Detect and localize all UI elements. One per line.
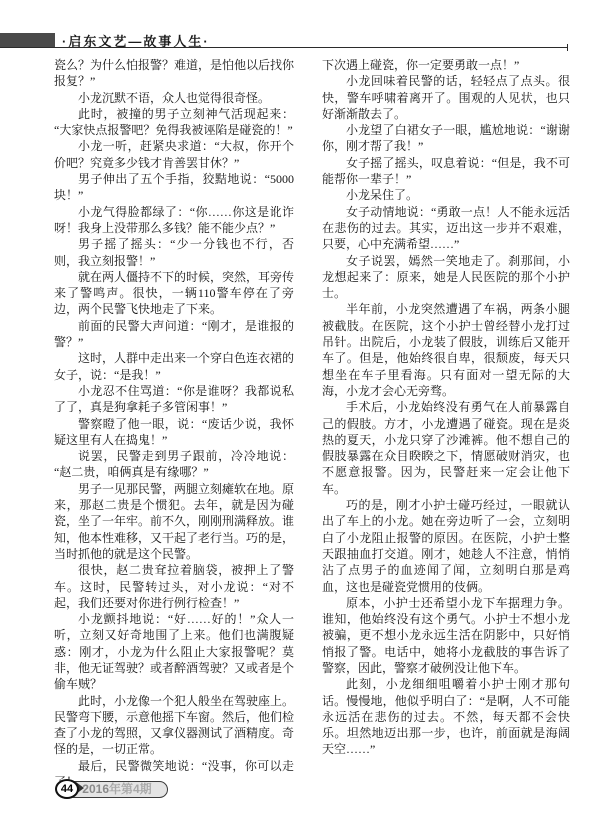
story-paragraph: 巧的是，刚才小护士碰巧经过，一眼就认出了车上的小龙。她在旁边听了一会，立刻明白了…: [322, 497, 570, 595]
story-paragraph: 女子摇了摇头，叹息着说：“但是，我不可能帮你一辈子！”: [322, 155, 570, 188]
story-column-right: 下次遇上碰瓷，你一定要勇敢一点！”小龙回味着民警的话，轻轻点了点头。很快，警车呼…: [322, 57, 570, 758]
story-paragraph: 男子一见那民警，两腿立刻瘫软在地。原来，那赵二贵是个惯犯。去年，就是因为碰瓷，坐…: [54, 481, 294, 562]
story-paragraph: 这时，人群中走出来一个穿白色连衣裙的女子，说：“是我！”: [54, 350, 294, 383]
page-number: 44: [61, 783, 73, 795]
story-paragraph: 前面的民警大声问道：“刚才，是谁报的警？”: [54, 318, 294, 351]
story-paragraph: 就在两人僵持不下的时候，突然，耳旁传来了警鸣声。很快，一辆110警车停在了旁边，…: [54, 269, 294, 318]
story-paragraph: 说罢，民警走到男子跟前，冷冷地说：“赵二贵，咱俩真是有缘哪？”: [54, 448, 294, 481]
story-paragraph: 很快，赵二贵耷拉着脑袋，被押上了警车。这时，民警转过头，对小龙说：“对不起，我们…: [54, 562, 294, 611]
story-column-left: 瓷么？为什么怕报警？难道，是怕他以后找你报复？”小龙沉默不语，众人也觉得很奇怪。…: [54, 57, 294, 790]
page-footer: 2016年第4期 44: [0, 779, 604, 801]
story-paragraph: 女子说罢，嫣然一笑地走了。刹那间，小龙想起来了：原来，她是人民医院的那个小护士。: [322, 253, 570, 302]
story-paragraph: 此时，小龙像一个犯人般坐在驾驶座上。民警弯下腰，示意他摇下车窗。然后，他们检查了…: [54, 693, 294, 758]
issue-year-text: 2016: [82, 782, 109, 796]
story-paragraph: 此时，被撞的男子立刻神气活现起来：“大家快点报警吧？免得我被诬陷是碰瓷的！”: [54, 106, 294, 139]
story-paragraph: 女子动情地说：“勇敢一点！人不能永远活在悲伤的过去。其实，迈出这一步并不艰难，只…: [322, 204, 570, 253]
story-paragraph: 手术后，小龙始终没有勇气在人前暴露自己的假肢。方才，小龙遭遇了碰瓷。现在是炎热的…: [322, 399, 570, 497]
story-paragraph: 原本，小护士还希望小龙下车据理力争。谁知，他始终没有这个勇气。小护士不想小龙被骗…: [322, 595, 570, 676]
story-paragraph: 此刻，小龙细细咀嚼着小护士刚才那句话。慢慢地，他似乎明白了：“是啊，人不可能永远…: [322, 676, 570, 757]
magazine-page: ·启东文艺—故事人生· 瓷么？为什么怕报警？难道，是怕他以后找你报复？”小龙沉默…: [0, 0, 604, 825]
story-paragraph: 小龙颤抖地说：“好……好的！”众人一听，立刻又好奇地围了上来。他们也满腹疑惑：刚…: [54, 611, 294, 692]
story-paragraph: 瓷么？为什么怕报警？难道，是怕他以后找你报复？”: [54, 57, 294, 90]
story-paragraph: 男子伸出了五个手指，狡黠地说：“5000块！”: [54, 171, 294, 204]
story-paragraph: 小龙沉默不语，众人也觉得很奇怪。: [54, 90, 294, 106]
page-number-badge: 44: [55, 779, 79, 799]
story-paragraph: 警察瞪了他一眼，说：“废话少说，我怀疑这里有人在捣鬼！”: [54, 416, 294, 449]
story-paragraph: 小龙气得脸都绿了：“你……你这是讹诈呀！我身上没带那么多钱？能不能少点？”: [54, 204, 294, 237]
story-paragraph: 小龙忍不住骂道：“你是谁呀？我都说私了了，真是狗拿耗子多管闲事！”: [54, 383, 294, 416]
header-divider-line: [0, 47, 568, 48]
story-paragraph: 男子摇了摇头：“少一分钱也不行，否则，我立刻报警！”: [54, 236, 294, 269]
story-paragraph: 小龙回味着民警的话，轻轻点了点头。很快，警车呼啸着离开了。围观的人见状，也只好渐…: [322, 73, 570, 122]
header-divider-tick: [567, 44, 568, 51]
story-paragraph: 下次遇上碰瓷，你一定要勇敢一点！”: [322, 57, 570, 73]
header-bar-decoration: [0, 33, 55, 47]
issue-suffix-text: 年第4期: [109, 782, 152, 796]
story-paragraph: 小龙望了白裙女子一眼，尴尬地说：“谢谢你，刚才帮了我！”: [322, 122, 570, 155]
story-paragraph: 小龙一听，赶紧央求道：“大叔，你开个价吧？究竟多少钱才肯善罢甘休？”: [54, 138, 294, 171]
story-paragraph: 小龙呆住了。: [322, 187, 570, 203]
story-paragraph: 半年前，小龙突然遭遇了车祸，两条小腿被截肢。在医院，这个小护士曾经替小龙打过吊针…: [322, 301, 570, 399]
